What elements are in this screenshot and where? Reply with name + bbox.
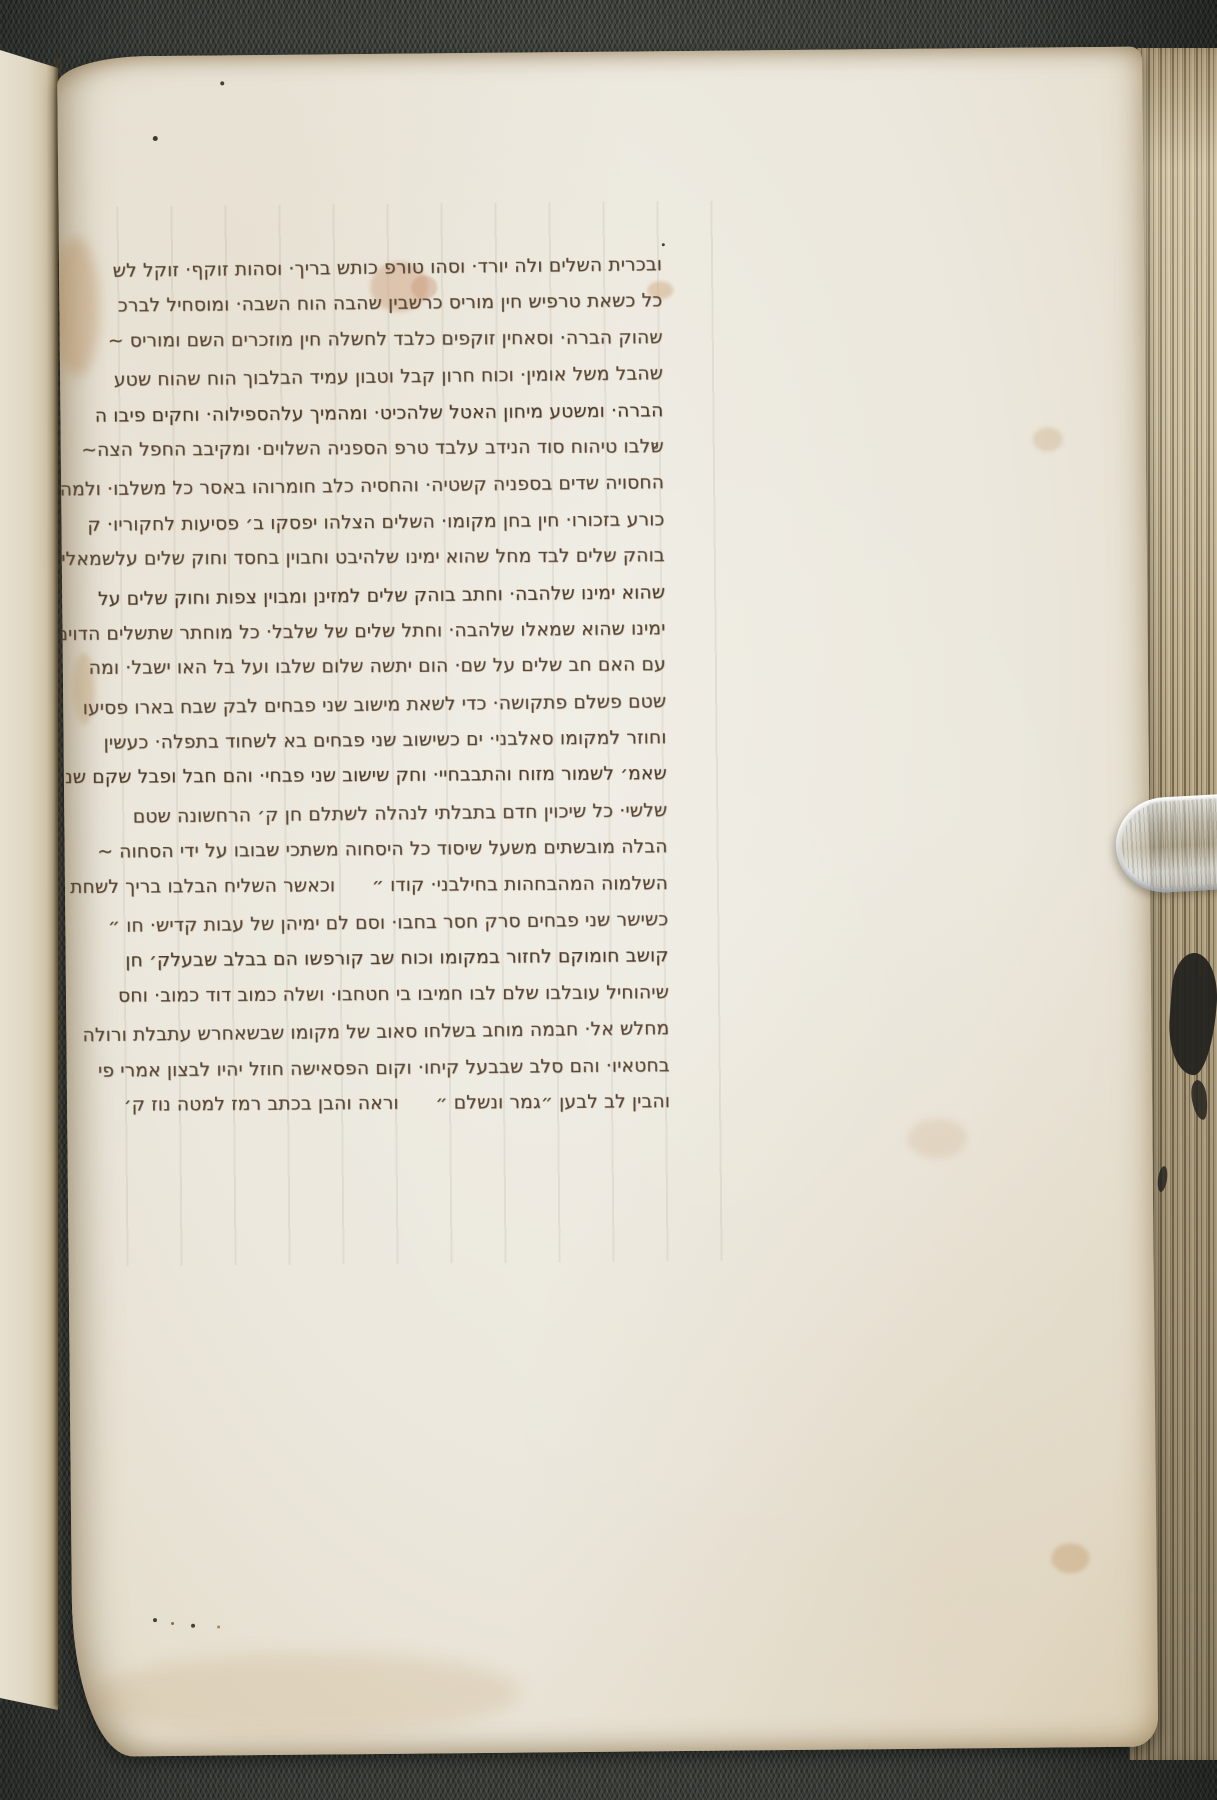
manuscript-text-line: השלמוה המהבחהות בחילבני· קודו ״ וכאשר הש… xyxy=(80,866,668,906)
manuscript-text-line: בחטאיו· והם סלב שבבעל קיחו· וקום הפסאישה… xyxy=(82,1048,670,1090)
foxing-bottom-right xyxy=(1051,1543,1089,1573)
manuscript-text-line: קושב חומוקם לחזור במקומו וכוח שב קורפשו … xyxy=(81,939,669,981)
manuscript-text-line: שלשי· כל שיכוין חדם בתבלתי לנהלה לשתלם ח… xyxy=(79,793,667,836)
ink-speck xyxy=(153,1618,157,1622)
manuscript-text-line: כל כשאת טרפיש חין מוריס כרשבין שהבה הוח … xyxy=(74,284,662,326)
manuscript-text-line: שיהוחיל עובלבו שלם לבו חמיבו בי חטחבו· ו… xyxy=(81,975,669,1015)
manuscript-text-line: בוהק שלים לבד מחל שהוא ימינו שלהיבט וחבו… xyxy=(77,538,665,578)
fore-edge-ink-stain xyxy=(1166,952,1217,1077)
manuscript-text-line: עם האם חב שלים על שם· הום יתשה שלום שלבו… xyxy=(78,647,666,687)
rust-speck xyxy=(217,1626,220,1629)
page-weight-refraction xyxy=(1120,798,1217,891)
facing-page-edge xyxy=(0,46,58,1712)
manuscript-text-line: מחלש אל· חבמה מוחב בשלחו סאוב של מקומו ש… xyxy=(81,1011,669,1054)
manuscript-text-line: כשישר שני פבחים סרק חסר בחבו· וסם לם ימי… xyxy=(80,902,668,945)
manuscript-photo: ובכרית השלים ולה יורד· וסהו טורפ כותש בר… xyxy=(0,0,1217,1800)
rust-speck xyxy=(171,1622,174,1625)
foxing-right-mid xyxy=(1033,427,1063,451)
manuscript-text-line: כורע בזכורו· חין בחן מקומו· השלים הצלהו … xyxy=(76,502,664,544)
ink-speck xyxy=(191,1624,195,1628)
manuscript-page: ובכרית השלים ולה יורד· וסהו טורפ כותש בר… xyxy=(57,47,1158,1757)
fore-edge-ink-speck xyxy=(1156,1166,1169,1193)
manuscript-text-line: שהוק הברה· וסאחין זוקפים כלבד לחשלה חין … xyxy=(75,320,663,360)
marginal-mark: ס xyxy=(652,439,659,452)
manuscript-text-line: ובכרית השלים ולה יורד· וסהו טורפ כותש בר… xyxy=(74,247,662,290)
fore-edge-ink-stain-small xyxy=(1190,1079,1210,1121)
manuscript-text-line: והבין לב לבען ״גמר ונשלם ״ וראה והבן בכת… xyxy=(82,1084,670,1124)
manuscript-text-line: הבלה מובשתים משעל שיסוד כל היסחוה משתכי … xyxy=(79,829,667,871)
manuscript-text-line: החסויה שדים בספניה קשטיה· והחסיה כלב חומ… xyxy=(76,466,664,509)
manuscript-text-line: שלבו טיהוח סוד הנידב עלבד טרפ הספניה השל… xyxy=(76,429,664,469)
manuscript-text-line: שאמ׳ לשמור מזוח והתבבחיי· וחק שישוב שני … xyxy=(79,757,667,797)
manuscript-text-line: הברה· ומשטע מיחון האטל שלהכיט· ומהמיך על… xyxy=(75,393,663,435)
ink-speck xyxy=(220,81,224,85)
ink-speck xyxy=(662,243,665,246)
ink-speck xyxy=(153,136,158,141)
manuscript-text-block: ובכרית השלים ולה יורד· וסהו טורפ כותש בר… xyxy=(74,247,670,1126)
manuscript-text-line: שהבל משל אומין· וכוח חרון קבל וטבון עמיד… xyxy=(75,356,663,399)
manuscript-text-line: שטם פשלם פתקושה· כדי לשאת מישוב שני פבחי… xyxy=(78,684,666,727)
manuscript-text-line: שהוא ימינו שלהבה· וחתב בוהק שלים למזינן … xyxy=(77,575,665,618)
